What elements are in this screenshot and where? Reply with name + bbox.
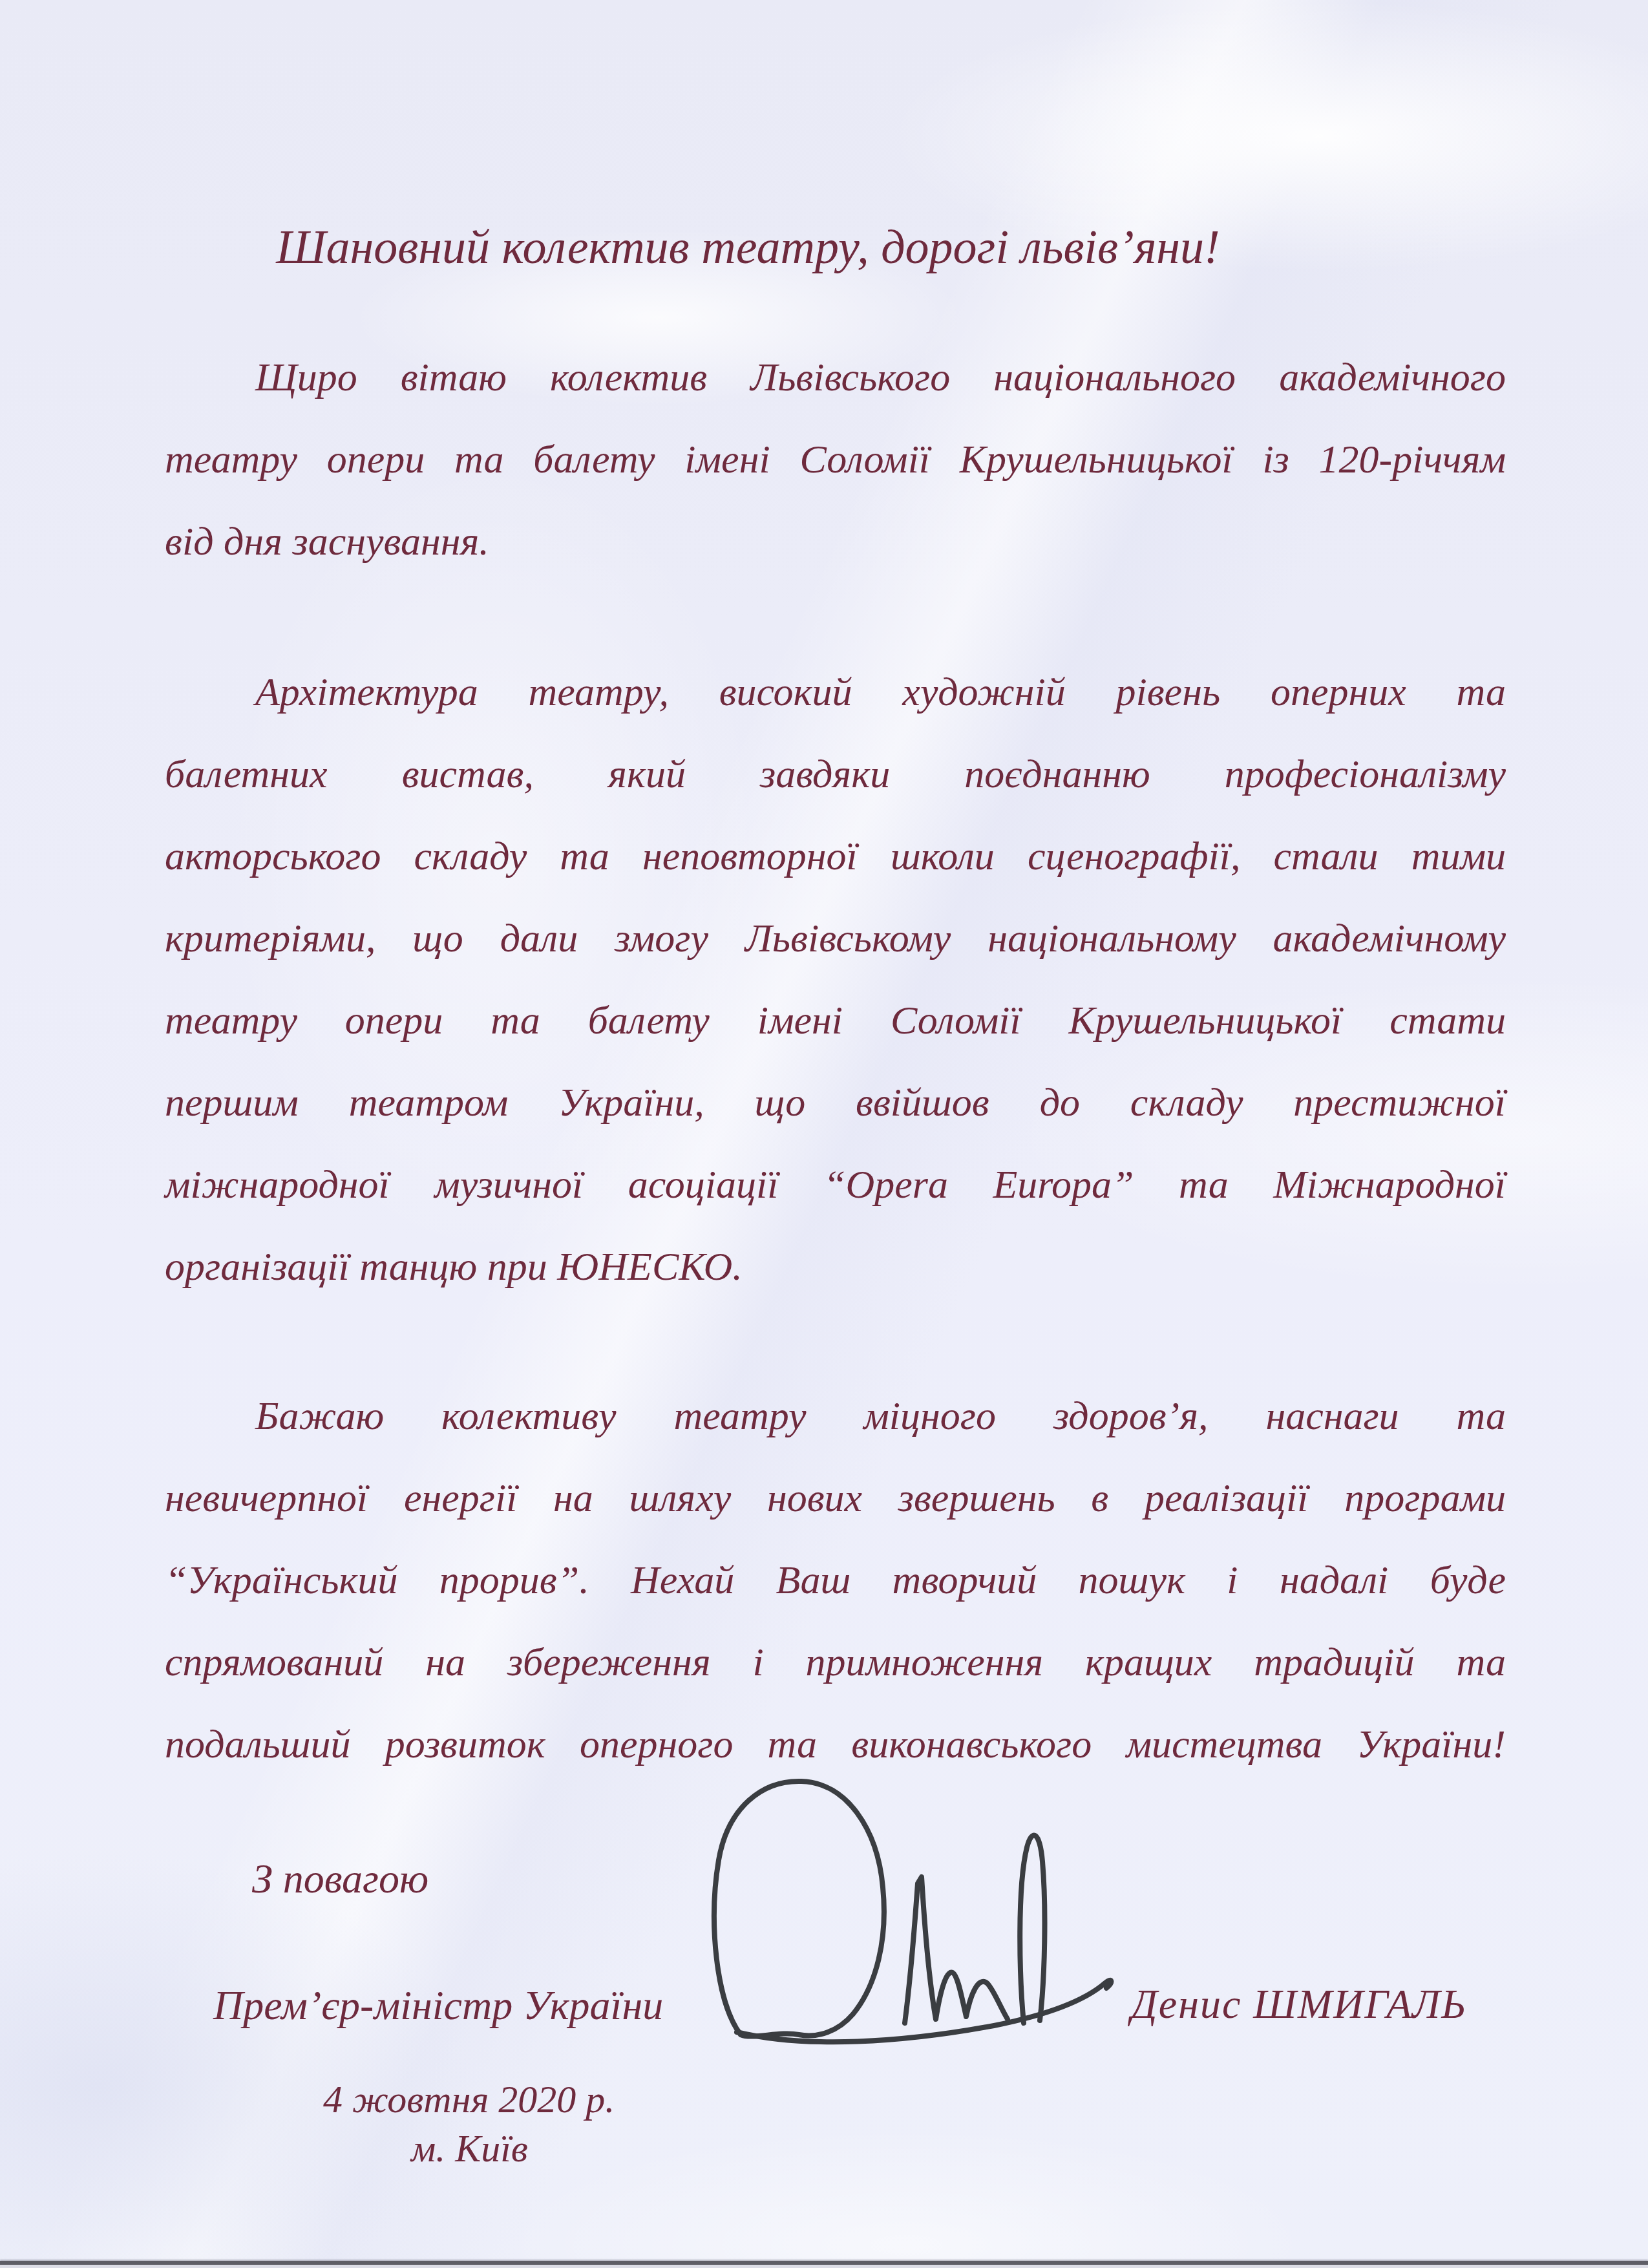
text-line: Бажаю колективу театру міцного здоров’я,…: [165, 1375, 1506, 1457]
signer-title-label: Прем’єр-міністр України: [213, 1977, 663, 2035]
scanned-letter-page: Шановний колектив театру, дорогі львів’я…: [0, 0, 1648, 2268]
text-line: Архітектура театру, високий художній рів…: [165, 652, 1506, 734]
letter-title: Шановний колектив театру, дорогі львів’я…: [165, 215, 1331, 280]
text-line: спрямований на збереження і примноження …: [165, 1622, 1506, 1704]
text-line: від дня заснування.: [165, 501, 1506, 583]
text-line: критеріями, що дали змогу Львівському на…: [165, 898, 1506, 980]
scan-bottom-edge: [0, 2261, 1648, 2265]
text-line: невичерпної енергії на шляху нових зверш…: [165, 1457, 1506, 1540]
text-line: організації танцю при ЮНЕСКО.: [165, 1226, 1506, 1308]
text-line: “Український прорив”. Нехай Ваш творчий …: [165, 1540, 1506, 1622]
text-line: міжнародної музичної асоціації “Opera Eu…: [165, 1144, 1506, 1226]
paragraph-achievements: Архітектура театру, високий художній рів…: [165, 652, 1506, 1308]
letter-city: м. Київ: [411, 2121, 528, 2176]
signer-name: Денис ШМИГАЛЬ: [1131, 1975, 1467, 2033]
signature-ink-icon: [690, 1770, 1122, 2048]
letter-date: 4 жовтня 2020 р.: [323, 2072, 615, 2126]
paragraph-wishes: Бажаю колективу театру міцного здоров’я,…: [165, 1375, 1506, 1786]
text-line: театру опери та балету імені Соломії Кру…: [165, 419, 1506, 501]
text-line: театру опери та балету імені Соломії Кру…: [165, 980, 1506, 1062]
paragraph-greeting: Щиро вітаю колектив Львівського націонал…: [165, 337, 1506, 583]
letter-body: Шановний колектив театру, дорогі львів’я…: [0, 215, 1648, 1786]
closing-salutation: З повагою: [252, 1850, 428, 1908]
handwritten-signature: [690, 1770, 1122, 2048]
text-line: акторського складу та неповторної школи …: [165, 816, 1506, 898]
text-line: Щиро вітаю колектив Львівського націонал…: [165, 337, 1506, 419]
text-line: балетних вистав, який завдяки поєднанню …: [165, 734, 1506, 816]
text-line: першим театром України, що ввійшов до ск…: [165, 1062, 1506, 1144]
